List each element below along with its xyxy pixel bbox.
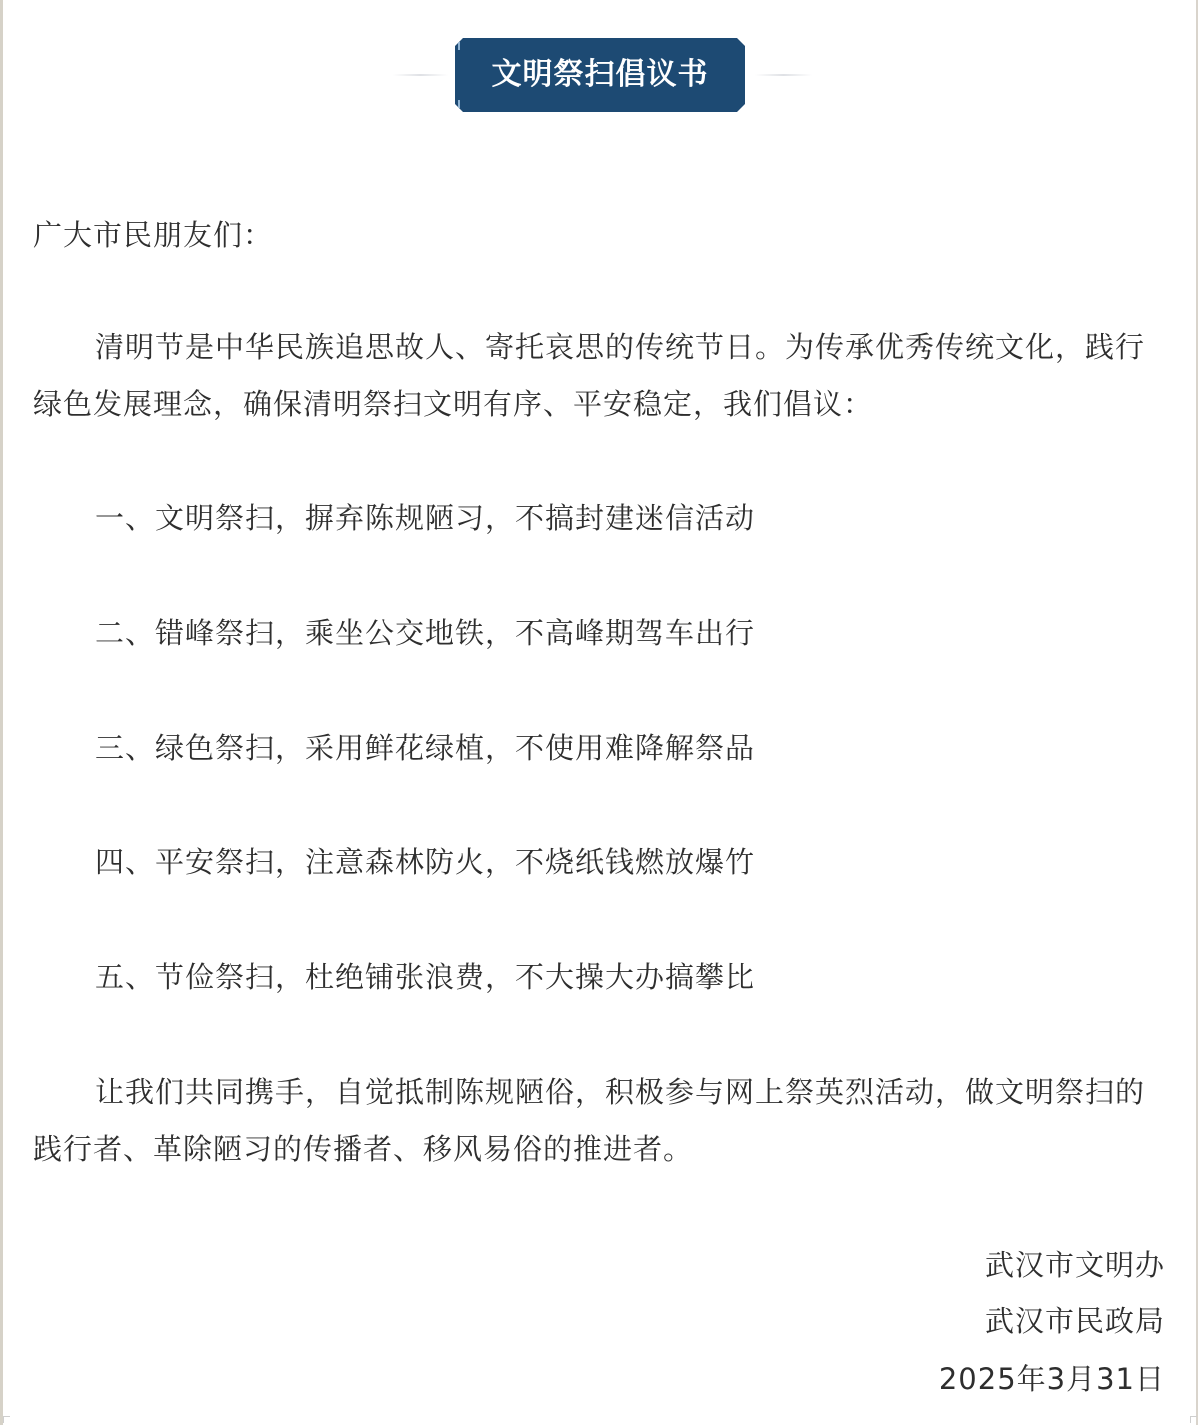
title-box-corner-mark (458, 42, 460, 50)
proposal-item: 四、平安祭扫，注意森林防火，不烧纸钱燃放爆竹 (95, 842, 755, 882)
closing-paragraph-line: 践行者、革除陋习的传播者、移风易俗的推进者。 (33, 1129, 693, 1169)
proposal-item: 一、文明祭扫，摒弃陈规陋习，不搞封建迷信活动 (95, 498, 755, 538)
page-border-right (1196, 0, 1198, 1425)
intro-paragraph-line: 清明节是中华民族追思故人、寄托哀思的传统节日。为传承优秀传统文化，践行 (95, 327, 1145, 367)
title-box-corner-mark (458, 100, 460, 108)
title-box: 文明祭扫倡议书 (455, 38, 745, 112)
title-decor-line-left (393, 74, 448, 76)
closing-paragraph-line: 让我们共同携手，自觉抵制陈规陋俗，积极参与网上祭英烈活动，做文明祭扫的 (95, 1072, 1145, 1112)
greeting: 广大市民朋友们： (33, 215, 273, 255)
title-banner: 文明祭扫倡议书 (0, 38, 1200, 112)
signature-org: 武汉市文明办 (985, 1245, 1165, 1285)
proposal-item: 三、绿色祭扫，采用鲜花绿植，不使用难降解祭品 (95, 728, 755, 768)
signature-org: 武汉市民政局 (985, 1301, 1165, 1341)
proposal-item: 二、错峰祭扫，乘坐公交地铁，不高峰期驾车出行 (95, 613, 755, 653)
corner-mark-bottom-left (3, 1416, 10, 1423)
document-title: 文明祭扫倡议书 (492, 60, 709, 90)
intro-paragraph-line: 绿色发展理念，确保清明祭扫文明有序、平安稳定，我们倡议： (33, 384, 873, 424)
title-decor-line-right (755, 74, 812, 76)
page-border-left (0, 0, 3, 1425)
proposal-item: 五、节俭祭扫，杜绝铺张浪费，不大操大办搞攀比 (95, 957, 755, 997)
corner-mark-bottom-right (1190, 1416, 1197, 1423)
signature-date: 2025年3月31日 (939, 1359, 1165, 1399)
